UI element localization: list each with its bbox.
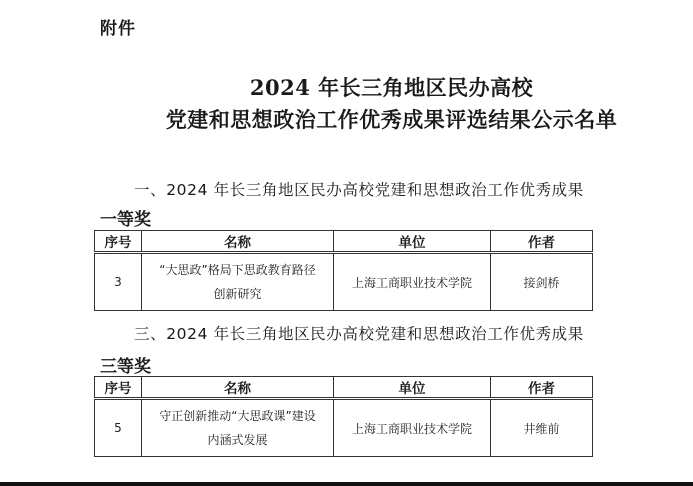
award-level-first: 一等奖 <box>100 205 151 230</box>
row-title-line1: 守正创新推动“大思政课”建设 <box>148 404 327 428</box>
row-unit: 上海工商职业技术学院 <box>334 399 491 457</box>
row-title-line2: 创新研究 <box>148 282 327 306</box>
document-title-line1: 2024 年长三角地区民办高校 <box>0 72 693 102</box>
row-index: 3 <box>95 253 142 311</box>
table-header-row: 序号 名称 单位 作者 <box>95 377 593 399</box>
row-author: 接剑桥 <box>491 253 593 311</box>
column-header-index: 序号 <box>95 231 142 253</box>
section-heading-3: 三、2024 年长三角地区民办高校党建和思想政治工作优秀成果 <box>134 322 584 344</box>
row-title: “大思政”格局下思政教育路径 创新研究 <box>142 253 334 311</box>
row-index: 5 <box>95 399 142 457</box>
document-title-line2: 党建和思想政治工作优秀成果评选结果公示名单 <box>0 104 693 134</box>
row-author: 井维前 <box>491 399 593 457</box>
table-header-row: 序号 名称 单位 作者 <box>95 231 593 253</box>
column-header-author: 作者 <box>491 231 593 253</box>
row-title: 守正创新推动“大思政课”建设 内涵式发展 <box>142 399 334 457</box>
third-prize-table: 序号 名称 单位 作者 5 守正创新推动“大思政课”建设 内涵式发展 上海工商职… <box>94 376 593 457</box>
first-prize-table: 序号 名称 单位 作者 3 “大思政”格局下思政教育路径 创新研究 上海工商职业… <box>94 230 593 311</box>
column-header-name: 名称 <box>142 377 334 399</box>
table-row: 5 守正创新推动“大思政课”建设 内涵式发展 上海工商职业技术学院 井维前 <box>95 399 593 457</box>
column-header-name: 名称 <box>142 231 334 253</box>
attachment-label: 附件 <box>100 14 136 39</box>
section-heading-1: 一、2024 年长三角地区民办高校党建和思想政治工作优秀成果 <box>134 178 584 200</box>
award-level-third: 三等奖 <box>100 352 151 377</box>
column-header-unit: 单位 <box>334 377 491 399</box>
bottom-edge-bar <box>0 482 693 486</box>
table-row: 3 “大思政”格局下思政教育路径 创新研究 上海工商职业技术学院 接剑桥 <box>95 253 593 311</box>
row-unit: 上海工商职业技术学院 <box>334 253 491 311</box>
row-title-line2: 内涵式发展 <box>148 428 327 452</box>
column-header-index: 序号 <box>95 377 142 399</box>
column-header-unit: 单位 <box>334 231 491 253</box>
column-header-author: 作者 <box>491 377 593 399</box>
row-title-line1: “大思政”格局下思政教育路径 <box>148 258 327 282</box>
